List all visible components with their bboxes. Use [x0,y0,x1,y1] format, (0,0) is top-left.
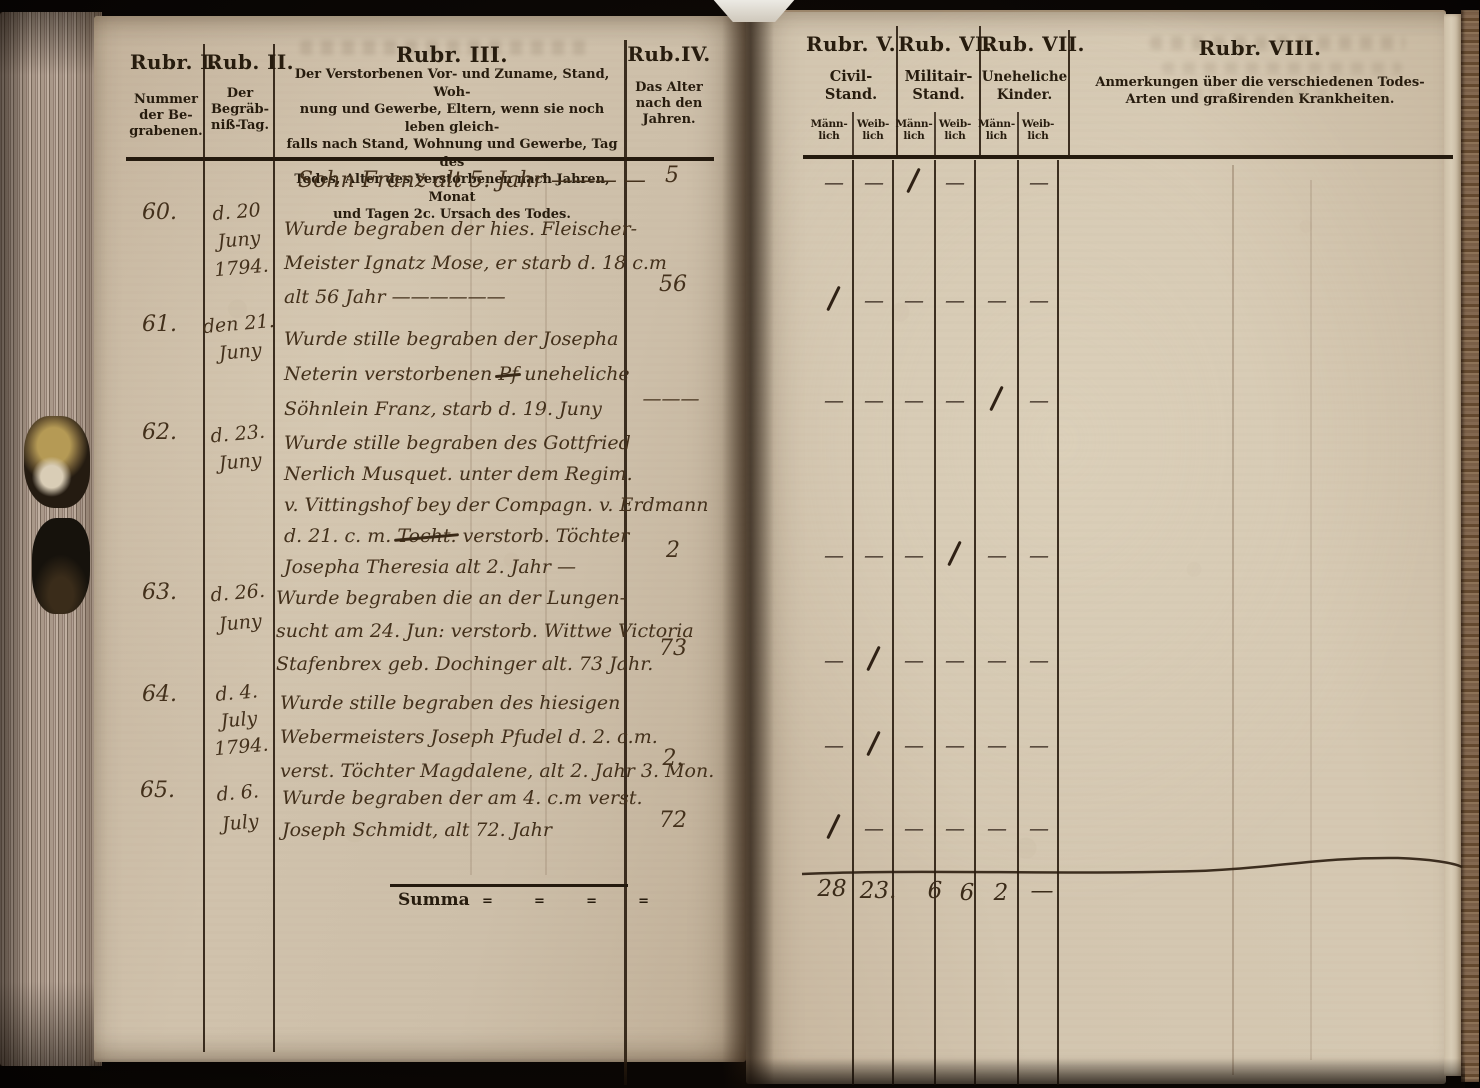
label-line: Männ- [806,118,852,130]
header-rule [803,155,1453,159]
entry-number: 63. [142,580,177,605]
entry-text-line: sucht am 24. Jun: verstorb. Wittwe Victo… [276,615,694,648]
rubric-1-title: Rubr. I. [130,50,204,74]
entry-text-line: Wurde stille begraben des hiesigen [280,686,714,720]
tally-mark: — [1025,388,1053,412]
rubric-5-title: Rubr. V. [806,32,896,56]
struck-text: Pf [498,363,518,385]
entry-date: d. 20 Juny 1794. [200,195,277,285]
tally-mark: — [1025,288,1053,312]
tally-mark: — [941,170,969,194]
subheader-uneheliche-female: Weib- lich [1018,118,1058,142]
tally-mark: — [941,288,969,312]
label-line: Stand. [898,86,979,104]
label-line: Das Alter [627,80,711,96]
rubric-6-label: Militair- Stand. [898,68,979,104]
label-line: niß-Tag. [206,118,274,134]
entry-text-line: Wurde stille begraben der Josepha [284,322,630,357]
tally-mark: — [820,543,848,567]
label-line: Weib- [853,118,893,130]
column-rule [979,26,981,156]
tally-mark: — [1025,170,1053,194]
tally-mark: — [900,816,928,840]
label-line: lich [893,130,935,142]
tally-mark: — [820,388,848,412]
tally-mark: — [941,388,969,412]
tally-mark: — [983,288,1011,312]
entry-text-line: Neterin verstorbenen Pf uneheliche [284,357,630,392]
subheader-militair-female: Weib- lich [935,118,975,142]
tally-mark: — [860,170,888,194]
tally-mark: — [820,648,848,672]
rubric-4-label: Das Alter nach den Jahren. [627,80,711,128]
subheader-uneheliche-male: Männ- lich [975,118,1018,142]
burial-register-photo: Rubr. I. Rub. II. Rubr. III. Rub.IV. Num… [0,0,1480,1088]
label-line: Weib- [935,118,975,130]
rubric-7-label: Uneheliche Kinder. [981,68,1068,104]
tally-row: 1 — — — — — [0,288,1480,314]
subheader-militair-male: Männ- lich [893,118,935,142]
label-line: lich [975,130,1018,142]
label-line: lich [806,130,852,142]
label-line: Stand. [806,86,896,104]
tally-mark: — [983,816,1011,840]
column-rule [934,112,936,156]
rubric-1-label: Nummer der Be- grabenen. [128,92,204,140]
label-line: Arten und graßirenden Krankheiten. [1078,91,1442,108]
tally-mark: — [900,388,928,412]
summa-rule [390,884,628,887]
label-line: nach den [627,96,711,112]
total-militair-male: 6 [920,878,950,904]
entry-number: 65. [140,778,175,803]
rubric-4-title: Rub.IV. [626,42,712,66]
entry-text-line: v. Vittingshof bey der Compagn. v. Erdma… [284,490,708,521]
rubric-7-title: Rub. VII. [981,32,1068,56]
total-uneheliche-female: — [1022,878,1062,904]
text-segment: Neterin verstorbenen [284,363,498,385]
entry-number: 62. [142,420,177,445]
label-line: Anmerkungen über die verschiedenen Todes… [1078,74,1442,91]
tally-mark: — [860,288,888,312]
entry-text-line: Wurde stille begraben des Gottfried [284,428,708,459]
tally-row: — — — — 1 — [0,388,1480,414]
rubric-8-title: Rubr. VIII. [1075,36,1445,60]
entry-text-line: Wurde begraben der am 4. c.m verst. [282,782,643,814]
total-civil-female: 23. [856,878,900,904]
rubric-3-title: Rubr. III. [280,42,624,67]
tally-mark: — [983,543,1011,567]
label-line: Militair- [898,68,979,86]
total-civil-male: 28 [810,876,854,902]
tally-mark: — [900,733,928,757]
tally-row: — — 1 — — [0,170,1480,196]
label-line: Kinder. [981,86,1068,104]
rubric-2-label: Der Begräb- niß-Tag. [206,86,274,134]
bottom-shadow [90,1058,1465,1088]
rubric-8-label: Anmerkungen über die verschiedenen Todes… [1078,74,1442,108]
entry-date: d. 23. Juny [202,417,277,479]
tally-mark: — [1025,543,1053,567]
label-line: Civil- [806,68,896,86]
tally-mark: — [900,288,928,312]
summa-dashes: = = = = [482,894,651,909]
label-line: grabenen. [128,124,204,140]
label-line: falls nach Stand, Wohnung und Gewerbe, T… [280,136,624,171]
column-rule [1017,112,1019,156]
tally-mark: — [1025,648,1053,672]
rubric-3-label: Der Verstorbenen Vor- und Zuname, Stand,… [280,66,624,224]
tally-mark: 1 [820,288,848,312]
tally-mark: 1 [860,648,888,672]
tally-mark: 1 [941,543,969,567]
tally-mark: — [1025,816,1053,840]
ink-bleed-through [1162,62,1402,74]
tally-mark: — [1025,733,1053,757]
subheader-civil-male: Männ- lich [806,118,852,142]
tally-mark: — [941,648,969,672]
tally-mark: — [820,733,848,757]
label-line: Nummer [128,92,204,108]
label-line: Der Verstorbenen Vor- und Zuname, Stand,… [280,66,624,101]
entry-text-line: Nerlich Musquet. unter dem Regim. [284,459,708,490]
rubric-5-label: Civil- Stand. [806,68,896,104]
label-line: der Be- [128,108,204,124]
column-rule [852,112,854,156]
text-segment: uneheliche [518,363,630,385]
tally-mark: — [941,816,969,840]
tally-mark: — [860,816,888,840]
column-rule [1068,30,1070,156]
tally-mark: 1 [983,388,1011,412]
label-line: lich [1018,130,1058,142]
tally-row: — 1 — — — — [0,648,1480,674]
total-militair-female: 6 [952,880,982,906]
tally-mark: 1 [820,816,848,840]
tally-row: — — — 1 — — [0,543,1480,569]
tally-mark: — [820,170,848,194]
label-line: Uneheliche [981,68,1068,86]
entry-text-line: Wurde begraben die an der Lungen- [276,582,694,615]
label-line: Weib- [1018,118,1058,130]
rubric-6-title: Rub. VI. [898,32,979,56]
entry-number: 61. [142,312,177,337]
label-line: Der [206,86,274,102]
label-line: lich [853,130,893,142]
entry-number: 64. [142,682,177,707]
label-line: Männ- [893,118,935,130]
label-line: Männ- [975,118,1018,130]
tally-row: — 1 — — — — [0,733,1480,759]
column-rule [896,26,898,156]
label-line: Begräb- [206,102,274,118]
entry-text-line: Meister Ignatz Mose, er starb d. 18 c.m [284,246,667,280]
subheader-civil-female: Weib- lich [853,118,893,142]
tally-mark: — [941,733,969,757]
entry-date: d. 26. Juny [202,575,277,641]
tally-mark: — [900,543,928,567]
label-line: Jahren. [627,112,711,128]
entry-date: den 21. Juny [202,307,277,369]
label-line: lich [935,130,975,142]
tally-mark: — [860,388,888,412]
entry-number: 60. [142,200,177,225]
entry-text-line: Wurde begraben der hies. Fleischer- [284,212,667,246]
tally-mark: — [983,733,1011,757]
tally-mark: — [900,648,928,672]
total-uneheliche-male: 2 [984,880,1018,906]
tally-row: 1 — — — — — [0,816,1480,842]
tally-mark: 1 [900,170,928,194]
tally-mark: 1 [860,733,888,757]
date-line: Juny [204,605,276,641]
summa-label: Summa [398,890,470,910]
date-line: d. 26. [202,575,274,611]
tally-mark: — [983,648,1011,672]
binding-damage-spot-upper [24,416,90,508]
rubric-2-title: Rub. II. [206,50,274,74]
label-line: nung und Gewerbe, Eltern, wenn sie noch … [280,101,624,136]
tally-mark: — [860,543,888,567]
